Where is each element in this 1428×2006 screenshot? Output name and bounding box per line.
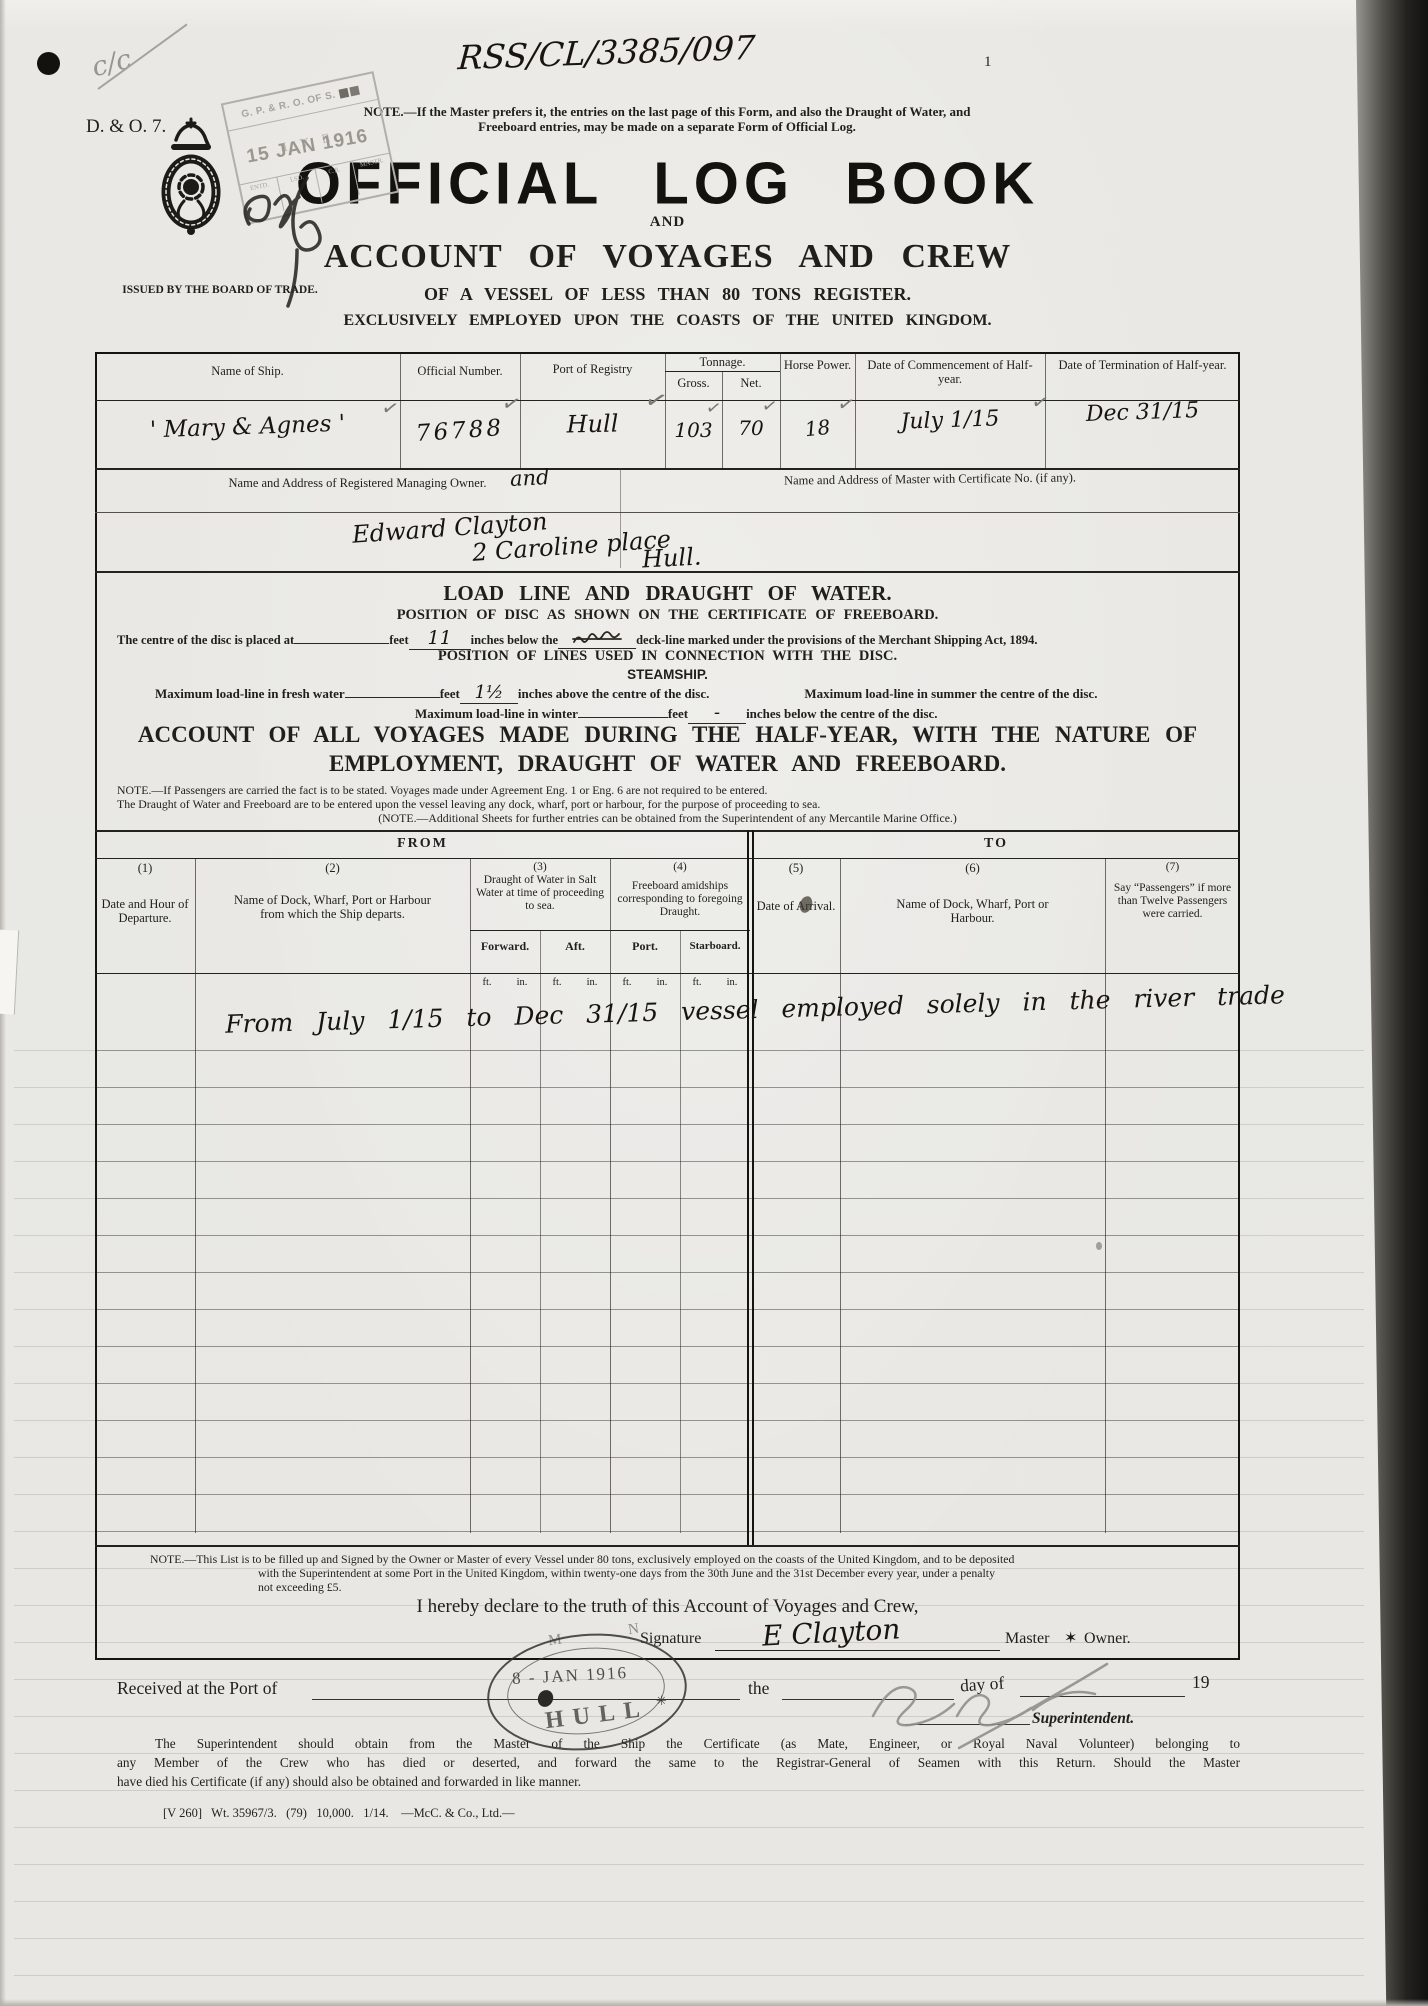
scan-right-dark-band [1356, 0, 1428, 2006]
voyage-table-top [95, 830, 1240, 832]
ft-unit-label: ft. [472, 977, 502, 988]
col-label: Date of Arrival. [752, 875, 840, 913]
winter-line: Maximum load-line in winterfeet-inches b… [415, 702, 938, 724]
winter-suffix: inches below the centre of the disc. [746, 706, 937, 721]
winter-prefix: Maximum load-line in winter [415, 706, 578, 721]
fresh-inches-value: 1½ [474, 682, 503, 703]
gross-tonnage-text: 103 [674, 418, 712, 442]
scanned-log-book-page: c/c RSS/CL/3385/097 1 D. & O. 7. G. P. &… [0, 0, 1428, 2006]
received-year: 19 [1192, 1672, 1210, 1693]
account-note3: (NOTE.—Additional Sheets for further ent… [95, 811, 1240, 826]
feet-label: feet [668, 706, 688, 721]
blank-feet [578, 716, 668, 718]
voyage-col-line [195, 858, 196, 1533]
owner-label-underline [95, 512, 1240, 513]
in-unit-label: in. [577, 977, 607, 988]
form-code: D. & O. 7. [86, 116, 166, 138]
feet-label: feet [389, 633, 408, 647]
in-unit-label: in. [717, 977, 747, 988]
from-to-underline [95, 858, 1240, 859]
port-of-registry-text: Hull [566, 410, 618, 439]
top-note-line2: Freeboard entries, may be made on a sepa… [267, 119, 1067, 134]
voyage-col6-header: (6) Name of Dock, Wharf, Port or Harbour… [840, 861, 1105, 925]
bottom-note-line2: with the Superintendent at some Port in … [258, 1566, 1240, 1581]
ship-header-commencement: Date of Commencement of Half-year. [860, 358, 1040, 386]
ship-header-gross-label: Gross. [677, 376, 709, 390]
account-note2: The Draught of Water and Freeboard are t… [117, 797, 1240, 812]
net-tonnage-text: 70 [738, 416, 763, 440]
in-unit-label: in. [507, 977, 537, 988]
fresh-suffix: inches above the centre of the disc. [518, 686, 709, 701]
struck-out-scribble [571, 631, 623, 647]
ft-unit-label: ft. [682, 977, 712, 988]
owner-label-text: Name and Address of Registered Managing … [229, 476, 487, 490]
voyage-col2-header: (2) Name of Dock, Wharf, Port or Harbour… [195, 861, 470, 921]
received-the: the [748, 1678, 769, 1699]
ship-header-port-label: Port of Registry [553, 362, 633, 376]
col-label: Freeboard amidships corresponding to for… [610, 874, 750, 919]
scan-bottom-edge [0, 1999, 1428, 2006]
net-tonnage-value: 70 [722, 416, 780, 440]
from-to-divider-double [752, 830, 754, 1545]
forward-sub-header: Forward. [470, 940, 540, 953]
port-label: Port. [632, 939, 658, 953]
summer-text: Maximum load-line in summer the centre o… [804, 686, 1097, 701]
col-label: Name of Dock, Wharf, Port or Harbour. [840, 875, 1105, 925]
ship-header-termination: Date of Termination of Half-year. [1050, 358, 1235, 372]
signature-underline [715, 1650, 1000, 1651]
voyage-col3-header: (3) Draught of Water in Salt Water at ti… [470, 861, 610, 913]
load-line-title: LOAD LINE AND DRAUGHT OF WATER. [95, 581, 1240, 606]
box-stamp-blot [338, 87, 349, 98]
blank-feet [294, 642, 389, 644]
centre-mid: inches below the [471, 633, 559, 647]
aft-label: Aft. [565, 939, 585, 953]
punch-hole-dot [37, 52, 60, 75]
top-note-line1: NOTE.—If the Master prefers it, the entr… [267, 104, 1067, 119]
handwritten-reference: RSS/CL/3385/097 [457, 28, 757, 77]
ship-header-net-label: Net. [740, 376, 761, 390]
superintendent-signature-flourish [845, 1658, 1135, 1758]
ft-unit-label: ft. [542, 977, 572, 988]
blank-feet [345, 696, 440, 698]
col-num: (4) [610, 861, 750, 874]
voyage-col-line [470, 858, 471, 1533]
port-sub-header: Port. [610, 940, 680, 953]
col-label: Name of Dock, Wharf, Port or Harbour fro… [195, 875, 470, 921]
to-label: TO [752, 836, 1240, 852]
ship-header-horse-power: Horse Power. [780, 358, 855, 372]
owner-label-bottom: Owner. [1084, 1630, 1131, 1648]
in-unit-label: in. [647, 977, 677, 988]
position-lines-line: POSITION OF LINES USED IN CONNECTION WIT… [95, 648, 1240, 665]
centre-disc-line: The centre of the disc is placed atfeet1… [117, 627, 1038, 650]
stamp-asterisk: ✳ [656, 1694, 667, 1709]
col-num: (1) [95, 861, 195, 875]
fresh-water-line: Maximum load-line in fresh waterfeet1½in… [155, 682, 1097, 704]
account-heading-line1: ACCOUNT OF ALL VOYAGES MADE DURING THE H… [95, 722, 1240, 748]
gross-tonnage-value: 103 [665, 418, 722, 442]
voyage-col7-header: (7) Say “Passengers” if more than Twelve… [1105, 861, 1240, 921]
master-label: Master [1005, 1630, 1049, 1648]
aft-sub-header: Aft. [540, 940, 610, 953]
ship-header-official-number: Official Number. [400, 364, 520, 378]
termination-text: Dec 31/15 [1085, 398, 1199, 427]
ship-header-name-label: Name of Ship. [211, 364, 284, 378]
voyage-col-line [1105, 858, 1106, 1533]
col-num: (2) [195, 861, 470, 875]
from-to-divider-double [747, 830, 749, 1545]
ship-header-termination-label: Date of Termination of Half-year. [1059, 358, 1227, 372]
ship-header-net: Net. [722, 376, 780, 390]
ship-header-port: Port of Registry [520, 362, 665, 376]
centre-prefix: The centre of the disc is placed at [117, 633, 294, 647]
voyage-col4-header: (4) Freeboard amidships corresponding to… [610, 861, 750, 919]
col-label: Date and Hour of Departure. [95, 875, 195, 925]
voyage-col5-header: (5) Date of Arrival. [752, 861, 840, 913]
print-reference-line: [V 260] Wt. 35967/3. (79) 10,000. 1/14. … [163, 1806, 515, 1821]
port-of-registry-value: Hull [520, 409, 665, 440]
centre-inches-value: 11 [428, 627, 452, 649]
col-num: (5) [752, 861, 840, 875]
voyage-col-line [840, 858, 841, 1533]
ship-header-gross: Gross. [665, 376, 722, 390]
centre-suffix: deck-line marked under the provisions of… [636, 633, 1037, 647]
commencement-text: July 1/15 [900, 406, 1000, 434]
fresh-prefix: Maximum load-line in fresh water [155, 686, 345, 701]
voyage-col-line [610, 858, 611, 1533]
ship-header-horse-power-label: Horse Power. [784, 358, 851, 372]
col-label: Draught of Water in Salt Water at time o… [470, 874, 610, 913]
ship-col-line [665, 352, 666, 468]
ft-unit-label: ft. [612, 977, 642, 988]
ink-scribble-initials [235, 172, 345, 317]
ship-header-tonnage-label: Tonnage. [700, 355, 746, 369]
received-prefix: Received at the Port of [117, 1678, 277, 1699]
declaration-text: I hereby declare to the truth of this Ac… [95, 1596, 1240, 1618]
ship-header-commencement-label: Date of Commencement of Half-year. [867, 358, 1032, 386]
steamship-label: STEAMSHIP. [95, 667, 1240, 682]
voyage-col1-header: (1) Date and Hour of Departure. [95, 861, 195, 925]
starboard-sub-header: Starboard. [680, 940, 750, 953]
paper-tear-mark [0, 930, 19, 1015]
small-speck [1096, 1242, 1102, 1250]
page-number: 1 [984, 54, 992, 71]
centre-scribble-fill [558, 631, 636, 649]
rows-bottom-line [95, 1545, 1240, 1547]
header-bottom-line [95, 973, 1240, 974]
winter-inches-value: - [714, 702, 720, 723]
horse-power-text: 18 [804, 415, 832, 442]
col-num: (3) [470, 861, 610, 874]
col-num: (7) [1105, 861, 1240, 874]
handwritten-and: and [509, 465, 550, 491]
box-stamp-cell: MASTR. [352, 154, 396, 195]
box-stamp-blot [349, 85, 360, 96]
bottom-note-line3: not exceeding £5. [258, 1580, 558, 1595]
ink-star-blot: ✶ [1064, 1628, 1077, 1647]
ship-header-name: Name of Ship. [95, 364, 400, 378]
from-label: FROM [95, 836, 750, 852]
centre-inches-fill: 11 [409, 627, 471, 650]
feet-label: feet [440, 686, 460, 701]
col-label: Say “Passengers” if more than Twelve Pas… [1105, 874, 1240, 921]
account-heading-line2: EMPLOYMENT, DRAUGHT OF WATER AND FREEBOA… [95, 751, 1240, 777]
col-num: (6) [840, 861, 1105, 875]
ship-header-official-number-label: Official Number. [417, 364, 502, 378]
forward-label: Forward. [481, 939, 529, 953]
fresh-inches-fill: 1½ [460, 682, 518, 704]
winter-inches-fill: - [688, 702, 746, 724]
account-note1: NOTE.—If Passengers are carried the fact… [117, 783, 1240, 798]
superintendent-paragraph-line3: have died his Certificate (if any) shoul… [117, 1774, 1240, 1790]
ship-header-tonnage: Tonnage. [665, 355, 780, 369]
bottom-note-line1: NOTE.—This List is to be filled up and S… [150, 1552, 1240, 1567]
starboard-label: Starboard. [689, 940, 740, 952]
top-note: NOTE.—If the Master prefers it, the entr… [267, 104, 1067, 134]
ship-col-line [855, 352, 856, 468]
owner-city-value: Hull. [641, 542, 702, 573]
position-disc-line: POSITION OF DISC AS SHOWN ON THE CERTIFI… [95, 607, 1240, 624]
